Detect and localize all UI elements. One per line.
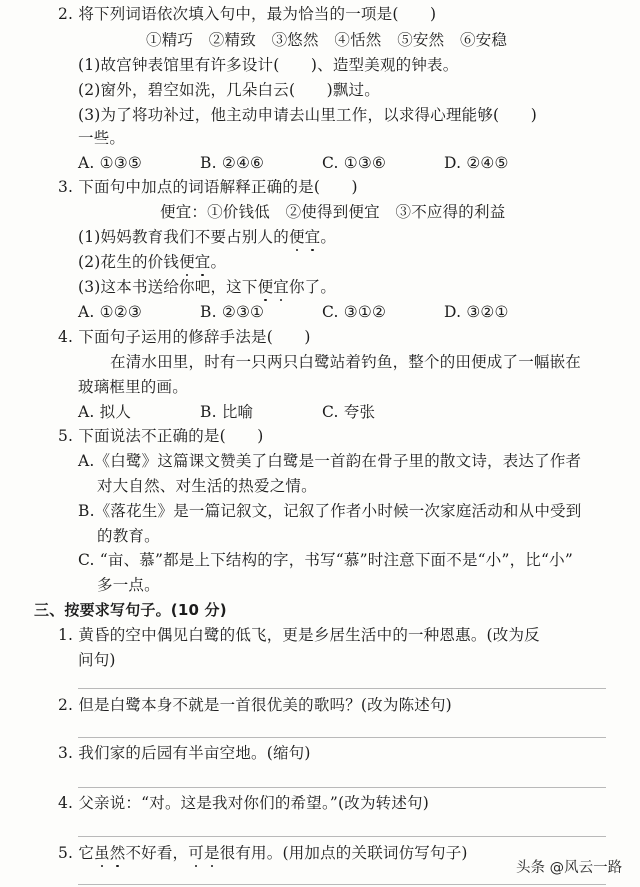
- question-3-stem: 3. 下面句中加点的词语解释正确的是( ): [58, 177, 358, 197]
- choice-c[interactable]: C. ①③⑥: [322, 153, 444, 173]
- answer-line-5[interactable]: [78, 884, 606, 885]
- section-3-title: 三、按要求写句子。(10 分): [34, 600, 227, 620]
- dotted-char: 便: [258, 278, 274, 296]
- question-4-stem: 4. 下面句子运用的修辞手法是( ): [58, 327, 311, 347]
- dotted-char: 是: [204, 844, 220, 862]
- question-3-sentence-3: (3)这本书送给你吧，这下便宜你了。: [78, 277, 336, 297]
- answer-line-4[interactable]: [78, 836, 606, 837]
- dotted-char: 宜: [273, 278, 289, 296]
- question-5-option-c-cont: 多一点。: [97, 575, 160, 595]
- question-4-passage: 在清水田里，时有一只两只白鹭站着钓鱼，整个的田便成了一幅嵌在: [110, 352, 581, 372]
- question-5-option-c[interactable]: C. “亩、慕”都是上下结构的字，书写“慕”时注意下面不是“小”，比“小”: [78, 550, 573, 570]
- rewrite-item-1-cont: 问句): [78, 650, 116, 670]
- answer-line-3[interactable]: [78, 787, 606, 788]
- dotted-char: 宜: [305, 228, 321, 246]
- choice-a[interactable]: A. ①③⑤: [78, 153, 200, 173]
- question-2-stem: 2. 将下列词语依次填入句中，最为恰当的一项是( ): [58, 4, 436, 24]
- answer-line-2[interactable]: [78, 737, 606, 738]
- choice-a[interactable]: A. 拟人: [78, 402, 200, 422]
- question-2-choices: A. ①③⑤ B. ②④⑥ C. ①③⑥ D. ②④⑤: [78, 153, 566, 173]
- question-2-sentence-2: (2)窗外，碧空如洗，几朵白云( )飘过。: [78, 80, 380, 100]
- question-4-passage-cont: 玻璃框里的画。: [78, 377, 188, 397]
- choice-b[interactable]: B. ②④⑥: [200, 153, 322, 173]
- question-5-option-b[interactable]: B.《落花生》是一篇记叙文，记叙了作者小时候一次家庭活动和从中受到: [78, 501, 581, 521]
- question-3-choices: A. ①②③ B. ②③① C. ③①② D. ③②①: [78, 302, 566, 322]
- rewrite-item-3: 3. 我们家的后园有半亩空地。(缩句): [58, 743, 311, 763]
- answer-line-1[interactable]: [78, 688, 606, 689]
- dotted-char: 便: [179, 253, 195, 271]
- question-2-sentence-3-cont: 一些。: [78, 128, 125, 148]
- choice-d[interactable]: D. ③②①: [444, 302, 566, 322]
- question-2-sentence-3: (3)为了将功补过，他主动申请去山里工作，以求得心理能够( ): [78, 105, 537, 125]
- dotted-char: 便: [289, 228, 305, 246]
- question-2-word-options: ①精巧 ②精致 ③悠然 ④恬然 ⑤安然 ⑥安稳: [146, 30, 507, 50]
- question-5-option-a-cont: 对大自然、对生活的热爱之情。: [97, 476, 317, 496]
- choice-b[interactable]: B. ②③①: [200, 302, 322, 322]
- choice-c[interactable]: C. 夸张: [322, 402, 444, 422]
- choice-b[interactable]: B. 比喻: [200, 402, 322, 422]
- dotted-char: 宜: [195, 253, 211, 271]
- question-3-sentence-2: (2)花生的价钱便宜。: [78, 252, 226, 272]
- dotted-char: 可: [188, 844, 204, 862]
- choice-a[interactable]: A. ①②③: [78, 302, 200, 322]
- question-5-option-a[interactable]: A.《白鹭》这篇课文赞美了白鹭是一首韵在骨子里的散文诗，表达了作者: [78, 451, 581, 471]
- choice-c[interactable]: C. ③①②: [322, 302, 444, 322]
- question-3-meanings: 便宜：①价钱低 ②使得到便宜 ③不应得的利益: [160, 202, 505, 222]
- choice-d[interactable]: D. ②④⑤: [444, 153, 566, 173]
- question-2-sentence-1: (1)故宫钟表馆里有许多设计( )、造型美观的钟表。: [78, 55, 458, 75]
- question-5-option-b-cont: 的教育。: [97, 526, 160, 546]
- dotted-char: 然: [110, 844, 126, 862]
- dotted-char: 虽: [94, 844, 110, 862]
- rewrite-item-1: 1. 黄昏的空中偶见白鹭的低飞，更是乡居生活中的一种恩惠。(改为反: [58, 625, 540, 645]
- rewrite-item-5: 5. 它虽然不好看，可是很有用。(用加点的关联词仿写句子): [58, 843, 468, 863]
- question-4-choices: A. 拟人 B. 比喻 C. 夸张: [78, 402, 444, 422]
- watermark: 头条 @风云一路: [516, 856, 622, 877]
- question-5-stem: 5. 下面说法不正确的是( ): [58, 426, 264, 446]
- rewrite-item-4: 4. 父亲说：“对。这是我对你们的希望。”(改为转述句): [58, 793, 429, 813]
- rewrite-item-2: 2. 但是白鹭本身不就是一首很优美的歌吗？(改为陈述句): [58, 695, 452, 715]
- question-3-sentence-1: (1)妈妈教育我们不要占别人的便宜。: [78, 227, 336, 247]
